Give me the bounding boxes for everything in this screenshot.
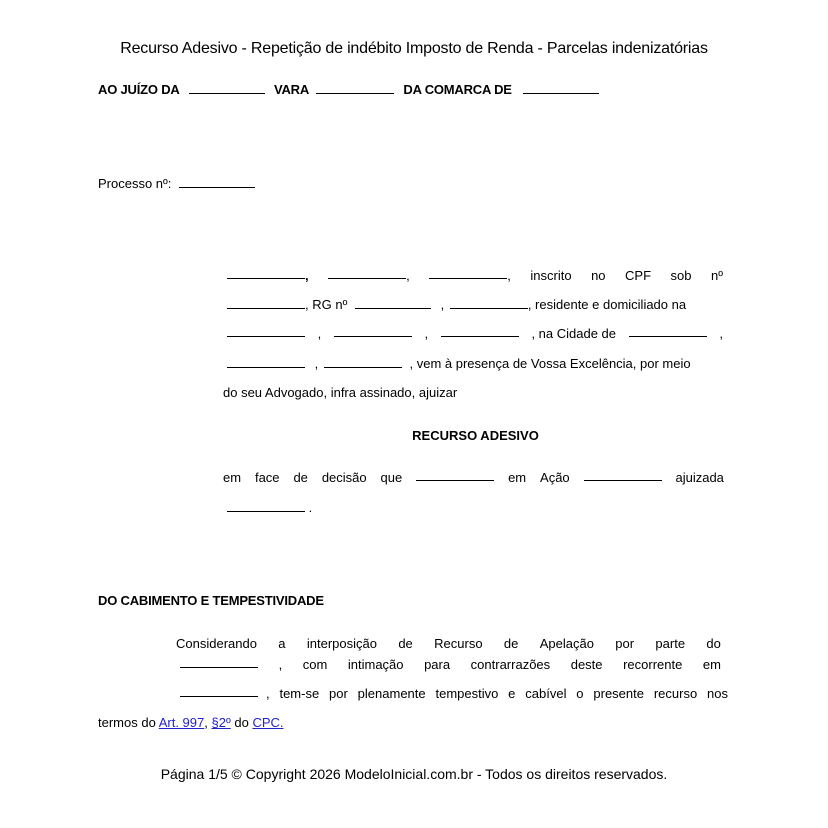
- qualification-line-1: , , , inscrito no CPF sob nº: [227, 268, 723, 283]
- section-word: parte: [655, 636, 685, 651]
- addressee-vara: VARA: [274, 82, 309, 97]
- section-word: deste: [571, 657, 603, 672]
- presence-text: , vem à presença de Vossa Excelência, po…: [410, 356, 691, 371]
- section-line-1: Considerando a interposição de Recurso d…: [176, 636, 721, 651]
- period: .: [309, 500, 313, 515]
- qual-word: CPF: [625, 268, 651, 283]
- section-line-2: , com intimação para contrarrazões deste…: [180, 657, 721, 672]
- section-word: recorrente: [623, 657, 682, 672]
- blank-name[interactable]: [227, 277, 305, 279]
- blank-nationality[interactable]: [328, 277, 406, 279]
- section-word: a: [278, 636, 285, 651]
- decision-word: Ação: [540, 470, 570, 485]
- blank-number[interactable]: [334, 335, 412, 337]
- qualification-line-5: do seu Advogado, infra assinado, ajuizar: [223, 385, 457, 400]
- section-word: para: [424, 657, 450, 672]
- link-paragraph-2[interactable]: §2º: [212, 715, 231, 730]
- blank-vara[interactable]: [316, 92, 394, 94]
- qual-word: nº: [711, 268, 723, 283]
- rg-label: , RG nº: [305, 297, 347, 312]
- decision-word: que: [381, 470, 403, 485]
- section-word: em: [703, 657, 721, 672]
- section-word: contrarrazões: [471, 657, 550, 672]
- page-footer: Página 1/5 © Copyright 2026 ModeloInicia…: [0, 766, 828, 782]
- blank-zip[interactable]: [324, 366, 402, 368]
- blank-process-number[interactable]: [179, 186, 255, 188]
- section-word: ,: [279, 657, 283, 672]
- section-line-3: , tem-se por plenamente tempestivo e cab…: [180, 686, 728, 701]
- blank-cpf[interactable]: [227, 307, 305, 309]
- residence-text: , residente e domiciliado na: [528, 297, 686, 312]
- section-word: do: [706, 636, 720, 651]
- blank-filed-by[interactable]: [227, 510, 305, 512]
- action-title: RECURSO ADESIVO: [223, 428, 728, 443]
- blank-civil-status[interactable]: [429, 277, 507, 279]
- blank-comarca[interactable]: [523, 92, 599, 94]
- qualification-line-3: , , , na Cidade de ,: [227, 326, 723, 341]
- addressee-comarca: DA COMARCA DE: [403, 82, 511, 97]
- section-word: de: [398, 636, 412, 651]
- qual-word: inscrito: [530, 268, 571, 283]
- addressee-line: AO JUÍZO DA VARA DA COMARCA DE: [98, 82, 599, 97]
- section-word: Recurso: [434, 636, 482, 651]
- section-word: Considerando: [176, 636, 257, 651]
- process-line: Processo nº:: [98, 176, 255, 191]
- decision-word: ajuizada: [675, 470, 723, 485]
- blank-city[interactable]: [629, 335, 707, 337]
- section-word: por: [615, 636, 634, 651]
- section-word: com: [303, 657, 328, 672]
- blank-appellant[interactable]: [180, 666, 258, 668]
- decision-word: em: [223, 470, 241, 485]
- blank-rg[interactable]: [355, 307, 431, 309]
- blank-state[interactable]: [227, 366, 305, 368]
- blank-juizo[interactable]: [189, 92, 265, 94]
- link-art-997[interactable]: Art. 997: [159, 715, 205, 730]
- qual-word: sob: [671, 268, 692, 283]
- decision-word: face: [255, 470, 280, 485]
- section-word: Apelação: [540, 636, 594, 651]
- section-word: interposição: [307, 636, 377, 651]
- section-word: de: [504, 636, 518, 651]
- blank-street[interactable]: [227, 335, 305, 337]
- section-word: intimação: [348, 657, 404, 672]
- blank-district[interactable]: [441, 335, 519, 337]
- qual-word: no: [591, 268, 605, 283]
- qualification-line-2: , RG nº , , residente e domiciliado na: [227, 297, 686, 312]
- link-cpc[interactable]: CPC.: [252, 715, 283, 730]
- section-line-4: termos do Art. 997, §2º do CPC.: [98, 715, 284, 730]
- blank-action[interactable]: [584, 479, 662, 481]
- decision-line-2: .: [227, 500, 312, 515]
- process-label: Processo nº:: [98, 176, 171, 191]
- comma: ,: [204, 715, 208, 730]
- city-label: , na Cidade de: [531, 326, 616, 341]
- document-title: Recurso Adesivo - Repetição de indébito …: [0, 40, 828, 58]
- decision-line-1: em face de decisão que em Ação ajuizada: [223, 470, 724, 485]
- section-line-3-text: , tem-se por plenamente tempestivo e cab…: [266, 686, 728, 701]
- terms-mid: do: [234, 715, 248, 730]
- blank-address[interactable]: [450, 307, 528, 309]
- section-heading-cabimento: DO CABIMENTO E TEMPESTIVIDADE: [98, 593, 324, 608]
- terms-prefix: termos do: [98, 715, 156, 730]
- addressee-juizo: AO JUÍZO DA: [98, 82, 179, 97]
- decision-word: decisão: [322, 470, 367, 485]
- decision-word: de: [293, 470, 307, 485]
- qualification-line-4: , , vem à presença de Vossa Excelência, …: [227, 356, 691, 371]
- blank-decision[interactable]: [416, 479, 494, 481]
- blank-intimation-date[interactable]: [180, 695, 258, 697]
- decision-word: em: [508, 470, 526, 485]
